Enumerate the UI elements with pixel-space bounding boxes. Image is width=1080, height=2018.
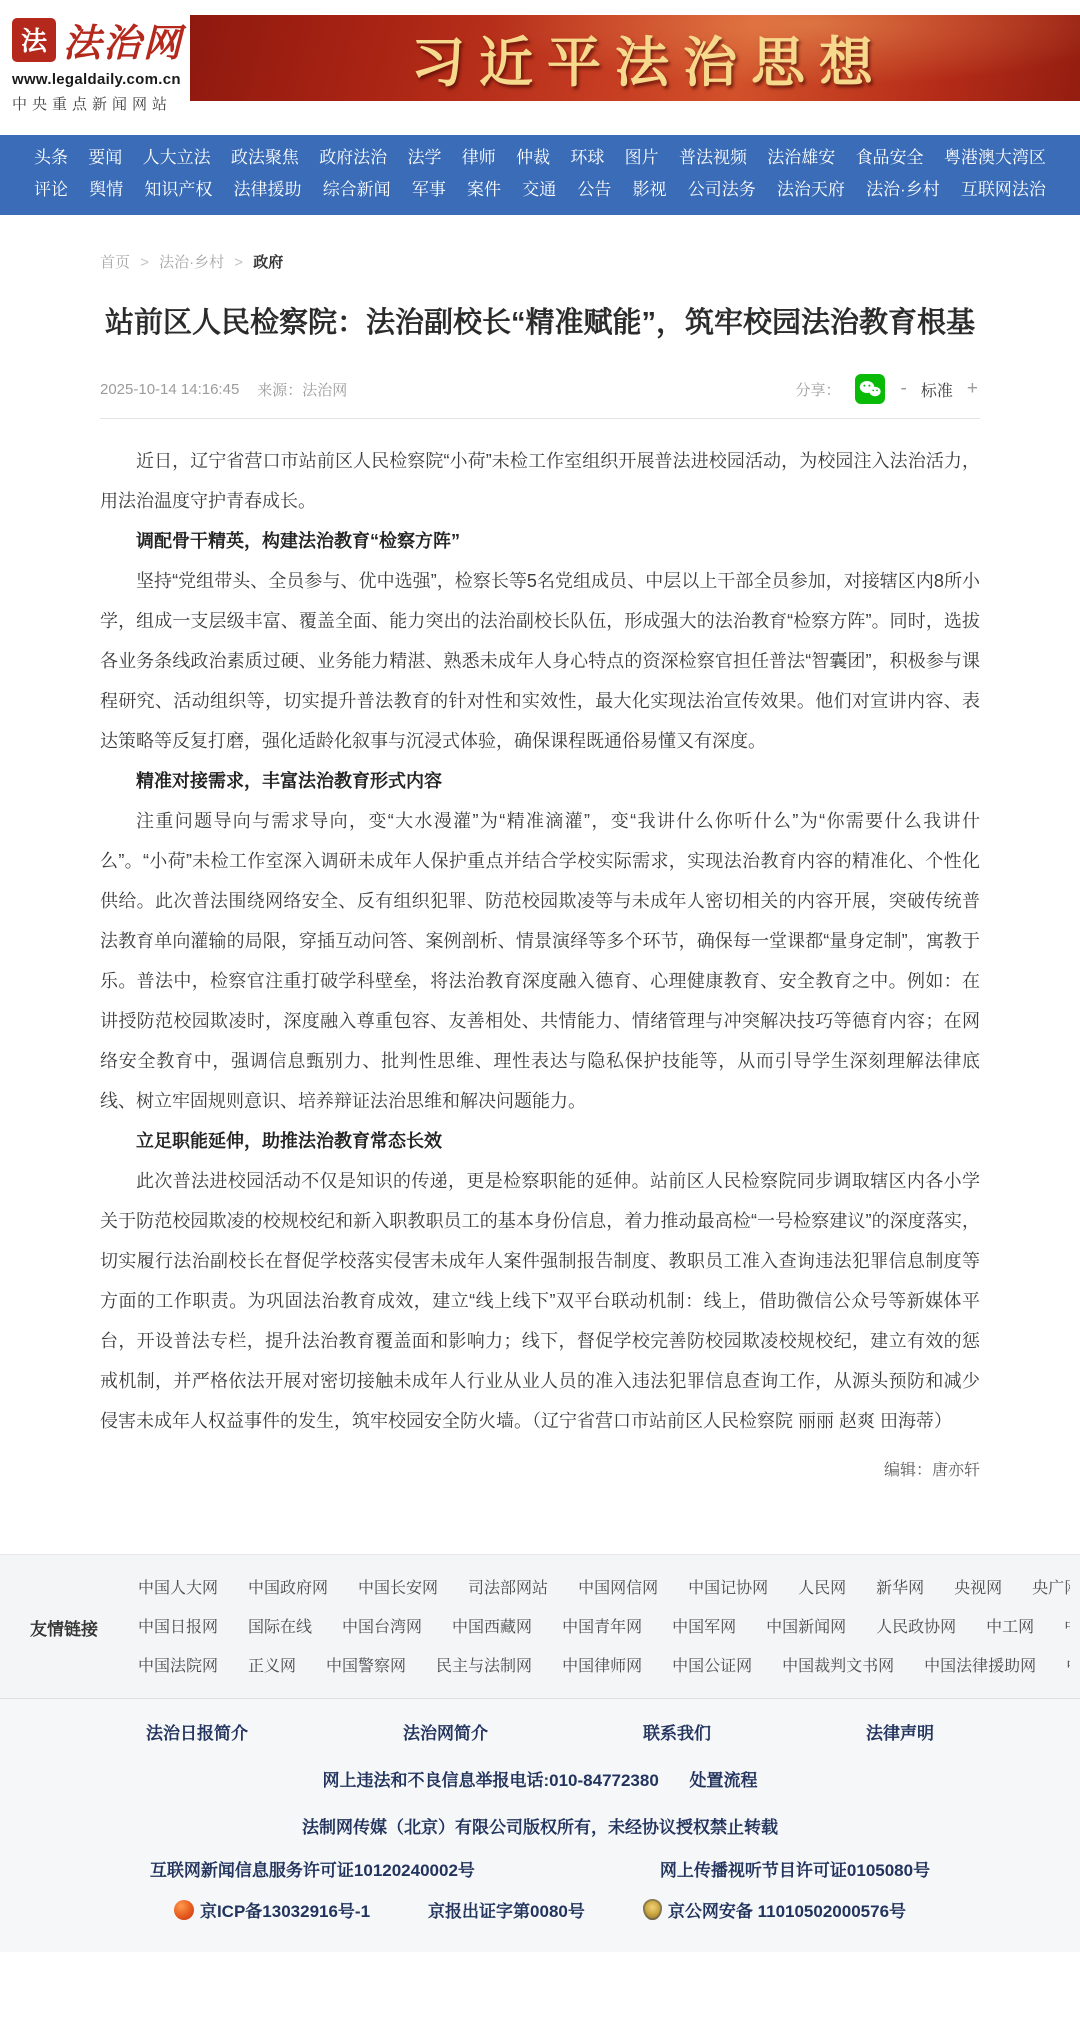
friend-link[interactable]: 中国法律援助网 [924, 1647, 1036, 1686]
friend-link[interactable]: 民主与法制网 [436, 1647, 532, 1686]
press-certificate: 京报出证字第0080号 [428, 1897, 585, 1922]
font-increase-button[interactable]: + [965, 378, 980, 400]
report-line: 网上违法和不良信息举报电话:010-84772380 处置流程 [0, 1766, 1080, 1791]
footer-nav-item[interactable]: 法律声明 [866, 1719, 934, 1744]
article-paragraph: 此次普法进校园活动不仅是知识的传递，更是检察职能的延伸。站前区人民检察院同步调取… [100, 1161, 980, 1441]
article-body: 近日，辽宁省营口市站前区人民检察院“小荷”未检工作室组织开展普法进校园活动，为校… [100, 441, 980, 1441]
nav-item[interactable]: 法治·乡村 [866, 176, 940, 204]
main-nav: 头条要闻人大立法政法聚焦政府法治法学律师仲裁环球图片普法视频法治雄安食品安全粤港… [0, 135, 1080, 215]
share-label: 分享： [796, 379, 841, 400]
friend-link[interactable]: 中国司法观察 [1066, 1647, 1070, 1686]
page-footer: 友情链接 中国人大网中国政府网中国长安网司法部网站中国网信网中国记协网人民网新华… [0, 1554, 1080, 1952]
meta-divider [100, 418, 980, 419]
site-tagline: 中央重点新闻网站 [12, 93, 187, 114]
license-line: 互联网新闻信息服务许可证10120240002号 网上传播视听节目许可证0105… [0, 1856, 1080, 1881]
friend-link[interactable]: 中国日报网 [138, 1608, 218, 1647]
nav-item[interactable]: 公告 [577, 176, 611, 204]
friend-link[interactable]: 中国西藏网 [452, 1608, 532, 1647]
friend-link[interactable]: 中国公证网 [672, 1647, 752, 1686]
nav-item[interactable]: 图片 [625, 144, 659, 172]
banner-xi-jinping-rule-of-law[interactable]: 习近平法治思想 [190, 15, 1080, 101]
footer-main: 法治日报简介法治网简介联系我们法律声明 网上违法和不良信息举报电话:010-84… [0, 1698, 1080, 1952]
friend-link[interactable]: 央广网 [1032, 1569, 1070, 1608]
nav-item[interactable]: 要闻 [88, 144, 122, 172]
friend-link[interactable]: 中国新闻网 [766, 1608, 846, 1647]
icp-registration[interactable]: 京ICP备13032916号-1 [174, 1897, 370, 1922]
friend-link[interactable]: 人民政协网 [876, 1608, 956, 1647]
nav-item[interactable]: 仲裁 [516, 144, 550, 172]
nav-item[interactable]: 军事 [412, 176, 446, 204]
article-paragraph: 近日，辽宁省营口市站前区人民检察院“小荷”未检工作室组织开展普法进校园活动，为校… [100, 441, 980, 521]
nav-item[interactable]: 食品安全 [856, 144, 924, 172]
nav-item[interactable]: 律师 [462, 144, 496, 172]
article-paragraph: 注重问题导向与需求导向，变“大水漫灌”为“精准滴灌”，变“我讲什么你听什么”为“… [100, 801, 980, 1121]
breadcrumb: 首页 > 法治·乡村 > 政府 [100, 251, 980, 272]
friend-link[interactable]: 中国律师网 [562, 1647, 642, 1686]
site-header: 法 法治网 www.legaldaily.com.cn 中央重点新闻网站 习近平… [0, 0, 1080, 135]
article-paragraph: 立足职能延伸，助推法治教育常态长效 [100, 1121, 980, 1161]
friend-link[interactable]: 中国记协网 [688, 1569, 768, 1608]
friend-link[interactable]: 国际在线 [248, 1608, 312, 1647]
nav-item[interactable]: 法治雄安 [767, 144, 835, 172]
friend-link[interactable]: 中工网 [986, 1608, 1034, 1647]
friend-links-row-3: 中国法院网正义网中国警察网民主与法制网中国律师网中国公证网中国裁判文书网中国法律… [138, 1647, 1070, 1686]
breadcrumb-current: 政府 [253, 254, 283, 271]
nav-item[interactable]: 政法聚焦 [231, 144, 299, 172]
banner-title: 习近平法治思想 [411, 20, 887, 97]
editor-credit: 编辑：唐亦轩 [100, 1457, 980, 1480]
nav-item[interactable]: 环球 [570, 144, 604, 172]
nav-item[interactable]: 法治天府 [777, 176, 845, 204]
friend-link[interactable]: 中国网信网 [578, 1569, 658, 1608]
report-phone-text: 网上违法和不良信息举报电话:010-84772380 [322, 1771, 658, 1790]
logo-seal-icon: 法 [12, 18, 56, 62]
friend-link[interactable]: 中国裁判文书网 [782, 1647, 894, 1686]
friend-links-row-2: 中国日报网国际在线中国台湾网中国西藏网中国青年网中国军网中国新闻网人民政协网中工… [138, 1608, 1070, 1647]
report-process-link[interactable]: 处置流程 [690, 1771, 758, 1790]
footer-nav-item[interactable]: 联系我们 [643, 1719, 711, 1744]
footer-nav-item[interactable]: 法治网简介 [403, 1719, 488, 1744]
font-size-label: 标准 [921, 378, 953, 401]
news-license: 互联网新闻信息服务许可证10120240002号 [150, 1856, 475, 1881]
friend-link[interactable]: 中国政府网 [248, 1569, 328, 1608]
press-cert-number: 京报出证字第0080号 [428, 1897, 585, 1922]
friend-link[interactable]: 中国军网 [672, 1608, 736, 1647]
friend-link[interactable]: 人民网 [798, 1569, 846, 1608]
friend-links-row-1: 中国人大网中国政府网中国长安网司法部网站中国网信网中国记协网人民网新华网央视网央… [138, 1569, 1070, 1608]
site-url: www.legaldaily.com.cn [12, 71, 187, 88]
police-number: 京公网安备 11010502000576号 [668, 1897, 906, 1922]
friend-link[interactable]: 央视网 [954, 1569, 1002, 1608]
friend-link[interactable]: 新华网 [876, 1569, 924, 1608]
font-size-control: - 标准 + [899, 378, 980, 401]
friend-link[interactable]: 正义网 [248, 1647, 296, 1686]
breadcrumb-home[interactable]: 首页 [100, 254, 130, 271]
nav-item[interactable]: 案件 [467, 176, 501, 204]
police-badge-icon [643, 1899, 662, 1920]
font-decrease-button[interactable]: - [899, 378, 909, 400]
article-meta: 2025-10-14 14:16:45 来源：法治网 分享： - 标准 + [100, 374, 980, 404]
av-license: 网上传播视听节目许可证0105080号 [660, 1856, 930, 1881]
copyright-line: 法制网传媒（北京）有限公司版权所有，未经协议授权禁止转载 [0, 1813, 1080, 1838]
nav-row-2: 评论舆情知识产权法律援助综合新闻军事案件交通公告影视公司法务法治天府法治·乡村互… [34, 176, 1046, 204]
nav-item[interactable]: 人大立法 [143, 144, 211, 172]
friend-links-section: 友情链接 中国人大网中国政府网中国长安网司法部网站中国网信网中国记协网人民网新华… [0, 1555, 1080, 1698]
nav-item[interactable]: 评论 [34, 176, 68, 204]
nav-item[interactable]: 头条 [34, 144, 68, 172]
article-source[interactable]: 来源：法治网 [257, 379, 347, 400]
registration-line: 京ICP备13032916号-1 京报出证字第0080号 京公网安备 11010… [0, 1897, 1080, 1922]
article-paragraph: 调配骨干精英，构建法治教育“检察方阵” [100, 521, 980, 561]
footer-nav-item[interactable]: 法治日报简介 [146, 1719, 248, 1744]
nav-row-1: 头条要闻人大立法政法聚焦政府法治法学律师仲裁环球图片普法视频法治雄安食品安全粤港… [34, 144, 1046, 172]
friend-link[interactable]: 中国长安网 [358, 1569, 438, 1608]
breadcrumb-section[interactable]: 法治·乡村 [159, 254, 224, 271]
nav-item[interactable]: 法律援助 [234, 176, 302, 204]
friend-links-label: 友情链接 [30, 1615, 138, 1640]
breadcrumb-separator: > [140, 254, 149, 271]
nav-item[interactable]: 法学 [407, 144, 441, 172]
article-paragraph: 精准对接需求，丰富法治教育形式内容 [100, 761, 980, 801]
breadcrumb-separator: > [234, 254, 243, 271]
nav-item[interactable]: 知识产权 [144, 176, 212, 204]
nav-item[interactable]: 普法视频 [679, 144, 747, 172]
friend-link[interactable]: 中国警察网 [326, 1647, 406, 1686]
nav-item[interactable]: 影视 [633, 176, 667, 204]
friend-link[interactable]: 司法部网站 [468, 1569, 548, 1608]
nav-item[interactable]: 粤港澳大湾区 [944, 144, 1046, 172]
site-logo[interactable]: 法 法治网 www.legaldaily.com.cn 中央重点新闻网站 [12, 12, 187, 114]
friend-link[interactable]: 中国法律服务网（12348中国法网） [1064, 1608, 1070, 1647]
icp-number: 京ICP备13032916号-1 [200, 1897, 370, 1922]
nav-item[interactable]: 互联网法治 [961, 176, 1046, 204]
nav-item[interactable]: 舆情 [89, 176, 123, 204]
nav-item[interactable]: 政府法治 [319, 144, 387, 172]
footer-nav: 法治日报简介法治网简介联系我们法律声明 [0, 1719, 1080, 1744]
wechat-share-icon[interactable] [855, 374, 885, 404]
friend-link[interactable]: 中国台湾网 [342, 1608, 422, 1647]
article-title: 站前区人民检察院：法治副校长“精准赋能”，筑牢校园法治教育根基 [100, 298, 980, 348]
nav-item[interactable]: 交通 [522, 176, 556, 204]
article-paragraph: 坚持“党组带头、全员参与、优中选强”，检察长等5名党组成员、中层以上干部全员参加… [100, 561, 980, 761]
friend-link[interactable]: 中国法院网 [138, 1647, 218, 1686]
site-name: 法治网 [63, 12, 183, 67]
publish-time: 2025-10-14 14:16:45 [100, 381, 239, 398]
nav-item[interactable]: 公司法务 [688, 176, 756, 204]
police-registration[interactable]: 京公网安备 11010502000576号 [643, 1897, 906, 1922]
friend-link[interactable]: 中国青年网 [562, 1608, 642, 1647]
icp-badge-icon [174, 1900, 194, 1920]
friend-link[interactable]: 中国人大网 [138, 1569, 218, 1608]
nav-item[interactable]: 综合新闻 [323, 176, 391, 204]
